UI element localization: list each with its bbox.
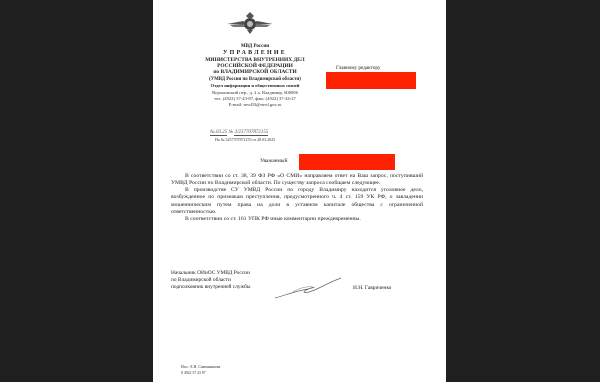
position-line-2: по Владимирской области: [171, 277, 250, 284]
greeting: Уважаемый: [260, 158, 288, 164]
registration-number: 3/237707872155: [234, 130, 268, 136]
department-name: Отдел информации и общественных связей: [171, 83, 339, 89]
addressee-label: Главному редактору: [336, 65, 381, 71]
in-reply-to: На № 3257707872155 от 28.03.2025: [215, 137, 275, 142]
executor-name: Исп.: Е.Н. Симонникова: [181, 365, 220, 371]
redacted-name-box: [299, 154, 395, 170]
letterhead-abbrev: (УМВД России по Владимирской области): [171, 77, 339, 83]
position-line-1: Начальник ОИиОС УМВД России: [171, 270, 250, 277]
letter-body: В соответствии со ст. 38, 39 ФЗ РФ «О СМ…: [171, 173, 423, 223]
org-phone-fax: тел. (4922) 37-43-87, факс (4922) 37-44-…: [171, 96, 339, 102]
letterhead-line-3: по ВЛАДИМИРСКОЙ ОБЛАСТИ: [171, 70, 339, 76]
executor-phone: 8 4922 37 43 87: [181, 371, 220, 377]
registration-number-label: №: [228, 130, 233, 135]
org-short-name: МВД России: [171, 44, 339, 50]
body-paragraph-3: В соответствии со ст. 161 УПК РФ иные ко…: [171, 216, 423, 223]
signature-scribble-icon: [273, 276, 343, 300]
registration-line: №.03.25 № 3/237707872155: [210, 130, 268, 136]
mvd-emblem-icon: [225, 10, 275, 36]
position-line-3: подполковник внутренней службы: [171, 284, 250, 291]
executor-block: Исп.: Е.Н. Симонникова 8 4922 37 43 87: [181, 365, 220, 376]
signatory-name: И.Н. Гавриченко: [353, 285, 391, 291]
letterhead-title: УПРАВЛЕНИЕ: [171, 51, 339, 57]
org-email: E-mail: mvd33@mvd.gov.ru: [171, 102, 339, 108]
document-page: МВД России УПРАВЛЕНИЕ МИНИСТЕРСТВА ВНУТР…: [153, 0, 446, 382]
org-address: Вороновский пер., д. 2 а, Владимир, 6000…: [171, 90, 339, 96]
body-paragraph-1: В соответствии со ст. 38, 39 ФЗ РФ «О СМ…: [171, 173, 423, 187]
body-paragraph-2: В производстве СУ УМВД России по городу …: [171, 187, 423, 216]
registration-date: №.03.25: [210, 130, 227, 136]
signatory-position: Начальник ОИиОС УМВД России по Владимирс…: [171, 270, 250, 291]
redacted-addressee-box: [326, 72, 416, 89]
